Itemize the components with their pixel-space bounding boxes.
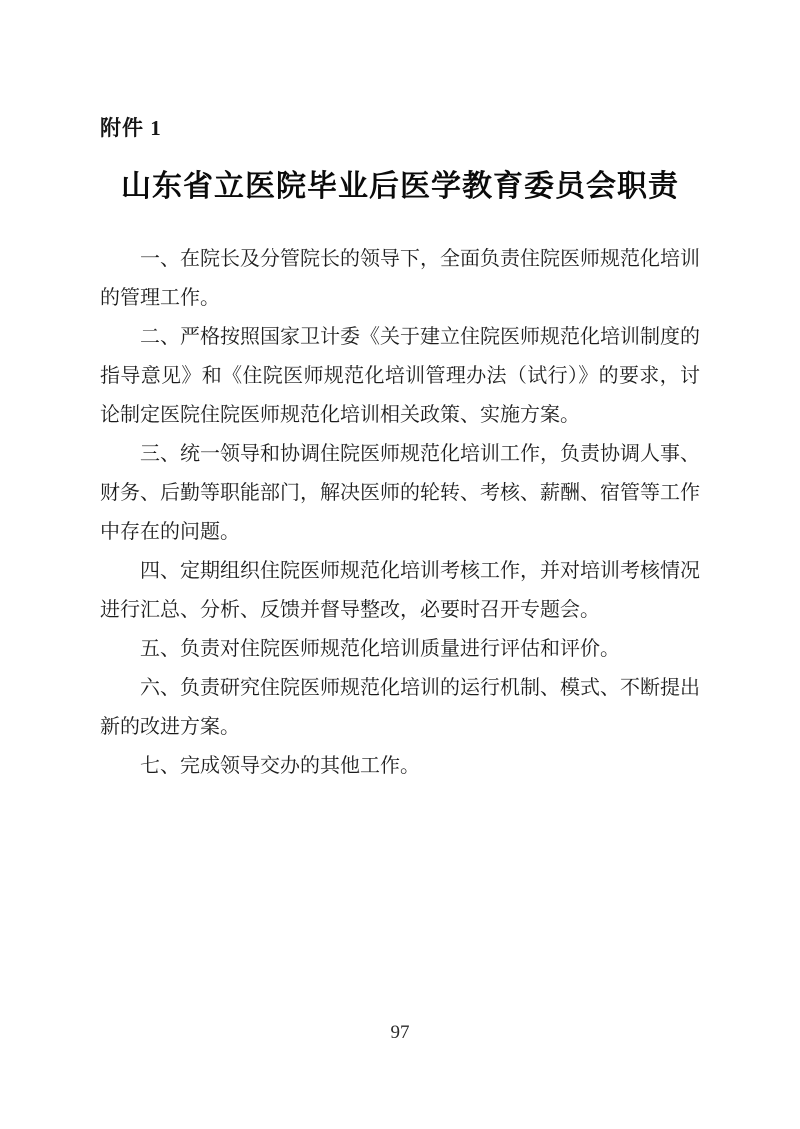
paragraph-7: 七、完成领导交办的其他工作。 (100, 747, 700, 786)
document-body: 一、在院长及分管院长的领导下，全面负责住院医师规范化培训的管理工作。 二、严格按… (100, 240, 700, 786)
paragraph-1: 一、在院长及分管院长的领导下，全面负责住院医师规范化培训的管理工作。 (100, 240, 700, 318)
page-title: 山东省立医院毕业后医学教育委员会职责 (0, 161, 800, 205)
page-number: 97 (0, 1022, 800, 1044)
document-page: 附件 1 山东省立医院毕业后医学教育委员会职责 一、在院长及分管院长的领导下，全… (0, 0, 800, 1129)
paragraph-5: 五、负责对住院医师规范化培训质量进行评估和评价。 (100, 630, 700, 669)
paragraph-6: 六、负责研究住院医师规范化培训的运行机制、模式、不断提出新的改进方案。 (100, 669, 700, 747)
attachment-label: 附件 1 (100, 112, 162, 142)
paragraph-3: 三、统一领导和协调住院医师规范化培训工作，负责协调人事、财务、后勤等职能部门，解… (100, 435, 700, 552)
paragraph-2: 二、严格按照国家卫计委《关于建立住院医师规范化培训制度的指导意见》和《住院医师规… (100, 318, 700, 435)
paragraph-4: 四、定期组织住院医师规范化培训考核工作，并对培训考核情况进行汇总、分析、反馈并督… (100, 552, 700, 630)
